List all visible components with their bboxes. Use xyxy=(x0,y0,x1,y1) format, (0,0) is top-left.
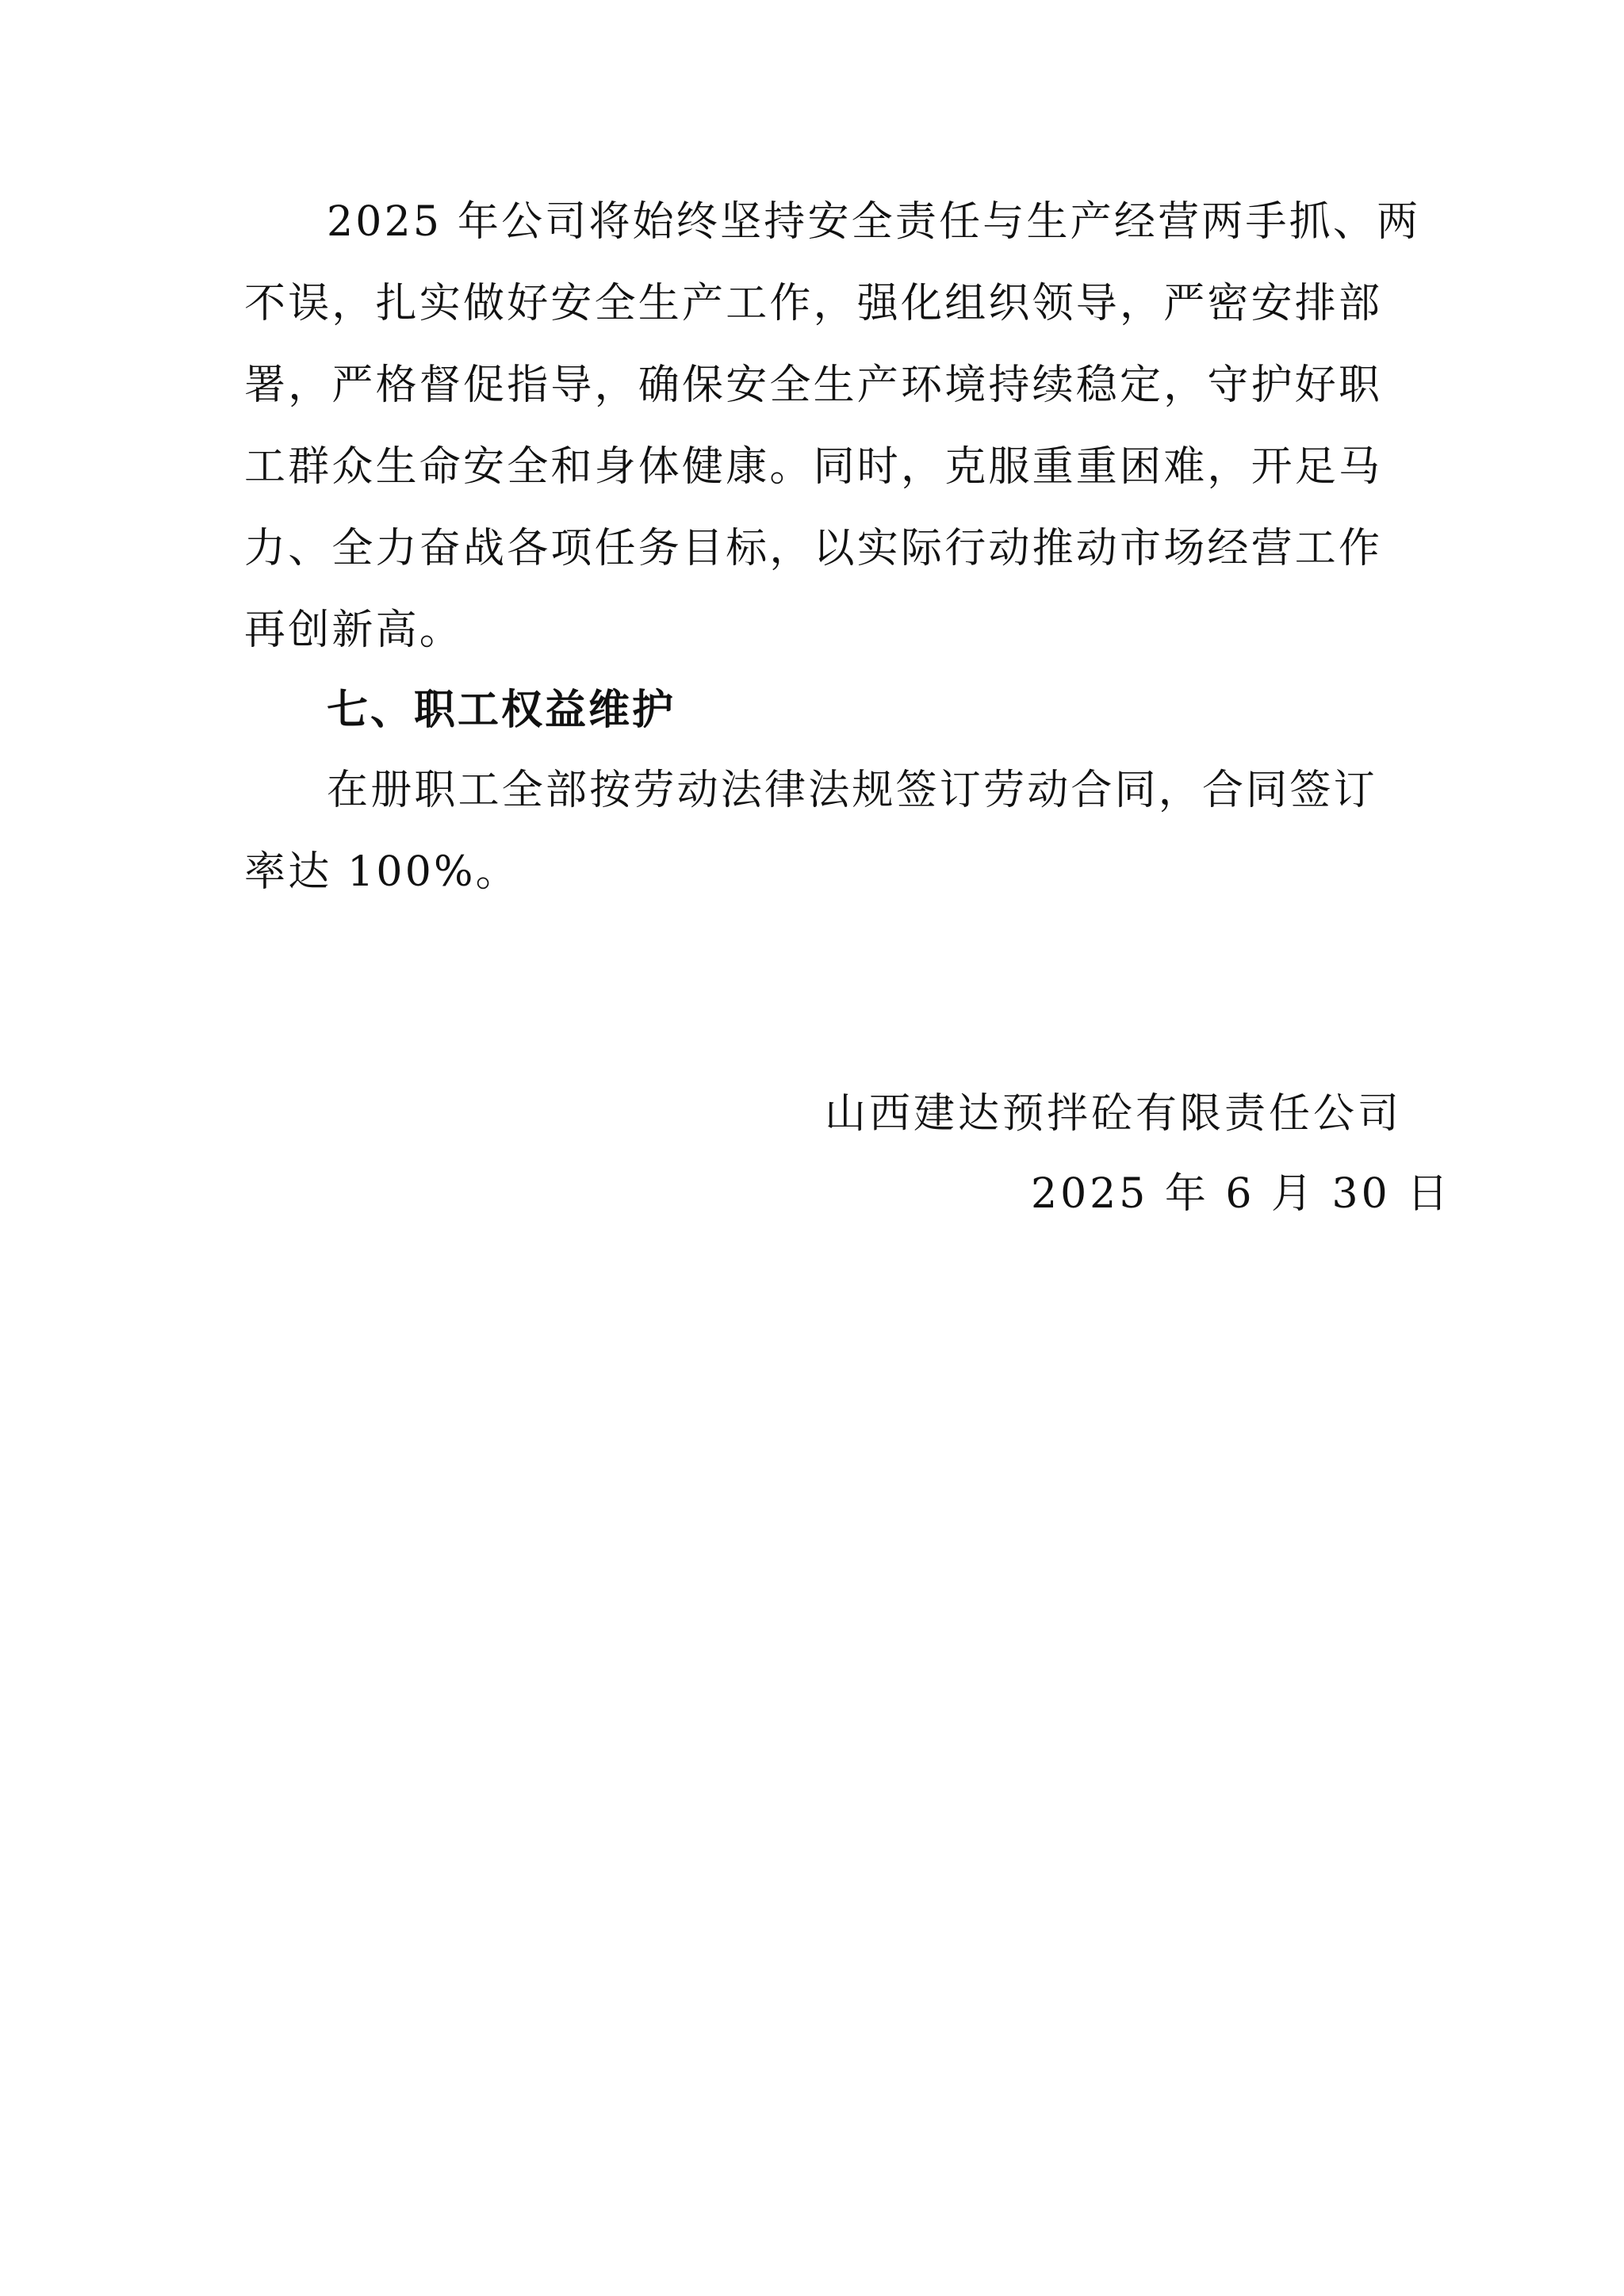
paragraph-line: 在册职工全部按劳动法律法规签订劳动合同，合同签订 xyxy=(327,767,1453,814)
paragraph-line: 力、全力奋战各项任务目标，以实际行动推动市场经营工作 xyxy=(244,525,1370,572)
company-name: 山西建达预拌砼有限责任公司 xyxy=(825,1090,1402,1138)
paragraph-line: 率达 100%。 xyxy=(244,848,1370,896)
section-heading: 七、职工权益维护 xyxy=(327,687,676,734)
paragraph-line: 工群众生命安全和身体健康。同时，克服重重困难，开足马 xyxy=(244,443,1370,491)
paragraph-line: 再创新高。 xyxy=(244,607,1370,654)
paragraph-line: 不误，扎实做好安全生产工作，强化组织领导，严密安排部 xyxy=(244,280,1370,327)
paragraph-line: 2025 年公司将始终坚持安全责任与生产经营两手抓、两 xyxy=(327,198,1453,246)
paragraph-line: 署，严格督促指导，确保安全生产环境持续稳定，守护好职 xyxy=(244,362,1370,409)
document-page: 2025 年公司将始终坚持安全责任与生产经营两手抓、两 不误，扎实做好安全生产工… xyxy=(0,0,1624,2296)
signature-date: 2025 年 6 月 30 日 xyxy=(1031,1170,1451,1218)
